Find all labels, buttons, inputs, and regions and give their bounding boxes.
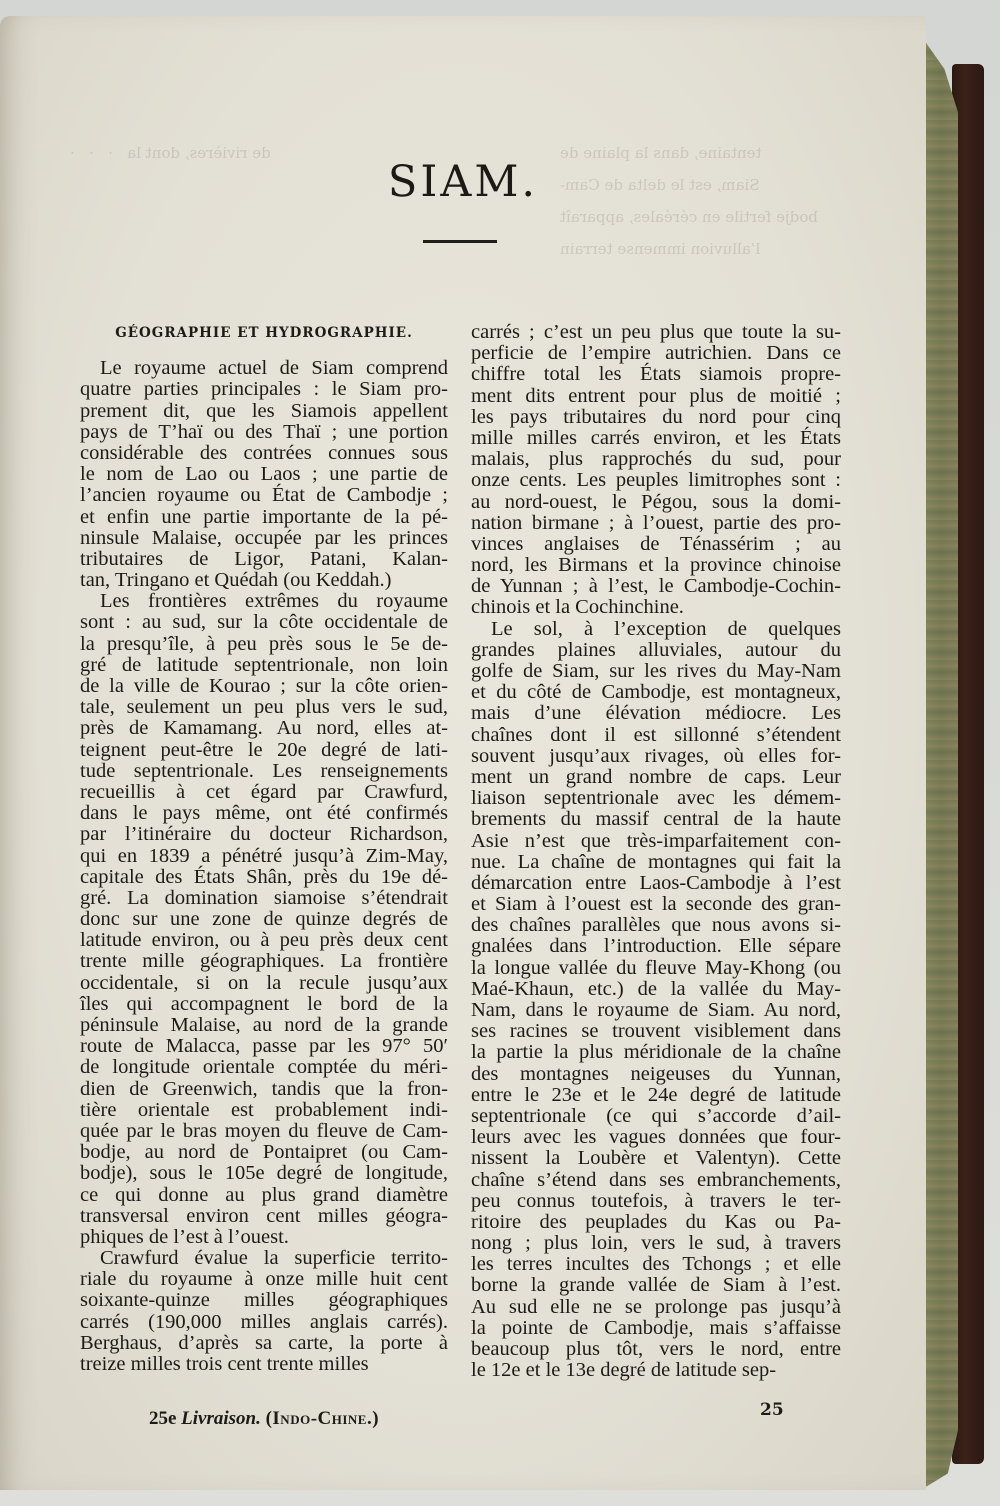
left-column: GÉOGRAPHIE ET HYDROGRAPHIE. Le royaume a… — [80, 322, 448, 1375]
text-line: bodje, au nord de Pontaipret (ou Cam- — [80, 1142, 448, 1163]
text-line: nong ; plus loin, vers le sud, à travers — [471, 1233, 841, 1254]
text-line: vinces anglaises de Ténassérim ; au — [471, 534, 841, 555]
text-line: Les frontières extrêmes du royaume — [80, 591, 448, 612]
text-line: les terres incultes des Tchongs ; et ell… — [471, 1254, 841, 1275]
text-line: grandes plaines alluviales, autour du — [471, 640, 841, 661]
text-line: îles qui accompagnent le bord de la — [80, 994, 448, 1015]
text-line: ment dits entrent pour plus de moitié ; — [471, 386, 841, 407]
text-line: ses racines se trouvent visiblement dans — [471, 1021, 841, 1042]
text-line: Crawfurd évalue la superficie territo- — [80, 1248, 448, 1269]
series-label: (Indo-Chine.) — [266, 1408, 379, 1429]
text-line: liaison septentrionale avec les démem- — [471, 788, 841, 809]
right-column: carrés ; c’est un peu plus que toute la … — [471, 322, 841, 1381]
text-line: ritoire des peuplades du Kas ou Pa- — [471, 1212, 841, 1233]
page-number: 25 — [760, 1400, 784, 1420]
issue-number: 25e — [149, 1408, 176, 1429]
text-line: et Siam à l’ouest est la seconde des gra… — [471, 894, 841, 915]
show-through-text: l’alluvion immense terrain — [560, 240, 760, 258]
text-line: ment un grand nombre de caps. Leur — [471, 767, 841, 788]
page-title: SIAM. — [0, 157, 926, 207]
text-line: septentrionale (ce qui s’accorde d’ail- — [471, 1106, 841, 1127]
text-line: soixante-quinze milles géographiques — [80, 1290, 448, 1311]
text-line: Au sud elle ne se prolonge pas jusqu’à — [471, 1297, 841, 1318]
text-line: nue. La chaîne de montagnes qui fait la — [471, 852, 841, 873]
text-line: démarcation entre Laos-Cambodje à l’est — [471, 873, 841, 894]
text-line: Maé-Khaun, etc.) de la vallée du May- — [471, 979, 841, 1000]
text-line: Le royaume actuel de Siam comprend — [80, 358, 448, 379]
text-line: mais d’une élévation médiocre. Les — [471, 703, 841, 724]
text-line: donc sur une zone de quinze degrés de — [80, 909, 448, 930]
show-through-text: bodje fertile en céréales, apparaît — [560, 208, 818, 226]
text-line: qui en 1839 a pénétré jusqu’à Zim-May, — [80, 846, 448, 867]
text-line: teignent peut-être le 20e degré de lati- — [80, 740, 448, 761]
text-line: onze cents. Les peuples limitrophes sont… — [471, 470, 841, 491]
text-line: tributaires de Ligor, Patani, Kalan- — [80, 549, 448, 570]
text-line: gré de latitude septentrionale, non loin — [80, 655, 448, 676]
text-line: prement dit, que les Siamois appellent — [80, 401, 448, 422]
text-line: dans le pays même, ont été confirmés — [80, 803, 448, 824]
left-column-text: Le royaume actuel de Siam comprendquatre… — [80, 358, 448, 1375]
text-line: la pointe de Cambodje, mais s’affaisse — [471, 1318, 841, 1339]
text-line: perficie de l’empire autrichien. Dans ce — [471, 343, 841, 364]
text-line: latitude environ, ou à peu près deux cen… — [80, 930, 448, 951]
text-line: route de Malacca, passe par les 97° 50′ — [80, 1036, 448, 1057]
text-line: nord, les Birmans et la province chinois… — [471, 555, 841, 576]
text-line: tière orientale est probablement indi- — [80, 1100, 448, 1121]
text-line: chinois et la Cochinchine. — [471, 597, 841, 618]
text-line: phiques de l’est à l’ouest. — [80, 1227, 448, 1248]
text-line: Asie n’est que très-imparfaitement con- — [471, 831, 841, 852]
text-line: Berghaus, d’après sa carte, la porte à — [80, 1333, 448, 1354]
text-line: le nom de Lao ou Laos ; une partie de — [80, 464, 448, 485]
text-line: de Yunnan ; à l’est, le Cambodje-Cochin- — [471, 576, 841, 597]
text-line: sont : au sud, sur la côte occidentale d… — [80, 612, 448, 633]
right-column-text: carrés ; c’est un peu plus que toute la … — [471, 322, 841, 1381]
text-line: de longitude orientale comptée du méri- — [80, 1057, 448, 1078]
text-line: et enfin une partie importante de la pé- — [80, 507, 448, 528]
text-line: peu connus toutefois, à travers le ter- — [471, 1191, 841, 1212]
text-line: pays de T’haï ou des Thaï ; une portion — [80, 422, 448, 443]
text-line: beaucoup plus tôt, vers le nord, entre — [471, 1339, 841, 1360]
text-line: brements du massif central de la haute — [471, 809, 841, 830]
text-line: quée par le bras moyen du fleuve de Cam- — [80, 1121, 448, 1142]
text-line: tude septentrionale. Les renseignements — [80, 761, 448, 782]
text-line: tan, Tringano et Quédah (ou Keddah.) — [80, 570, 448, 591]
text-line: des montagnes neigeuses du Yunnan, — [471, 1064, 841, 1085]
page-edge-stack — [924, 40, 958, 1488]
text-line: carrés (190,000 milles anglais carrés). — [80, 1312, 448, 1333]
text-line: les pays tributaires du nord pour cinq — [471, 407, 841, 428]
text-line: quatre parties principales : le Siam pro… — [80, 379, 448, 400]
text-line: nissent la Loubère et Valentyn). Cette — [471, 1148, 841, 1169]
section-heading: GÉOGRAPHIE ET HYDROGRAPHIE. — [80, 322, 448, 344]
text-line: entre le 23e et le 24e degré de latitude — [471, 1085, 841, 1106]
text-line: ce qui donne au plus grand diamètre — [80, 1185, 448, 1206]
text-line: borne la grande vallée de Siam à l’est. — [471, 1275, 841, 1296]
text-line: gnalées dans l’introduction. Elle sépare — [471, 936, 841, 957]
text-line: golfe de Siam, sur les rives du May-Nam — [471, 661, 841, 682]
text-line: occidentale, si on la recule jusqu’aux — [80, 973, 448, 994]
text-line: tale, seulement un peu plus vers le sud, — [80, 697, 448, 718]
text-line: ninsule Malaise, occupée par les princes — [80, 528, 448, 549]
book-page: de rivières, dont la · · · tentaine, dan… — [0, 16, 926, 1490]
text-line: trente mille géographiques. La frontière — [80, 951, 448, 972]
text-line: riale du royaume à onze mille huit cent — [80, 1269, 448, 1290]
text-line: gré. La domination siamoise s’étendrait — [80, 888, 448, 909]
text-line: chaînes dont il est sillonné s’étendent — [471, 725, 841, 746]
text-line: souvent jusqu’aux rivages, où elles for- — [471, 746, 841, 767]
text-line: malais, plus rapprochés du sud, pour — [471, 449, 841, 470]
issue-label: Livraison. — [181, 1408, 261, 1429]
text-line: considérable des contrées connues sous — [80, 443, 448, 464]
text-line: péninsule Malaise, au nord de la grande — [80, 1015, 448, 1036]
text-line: carrés ; c’est un peu plus que toute la … — [471, 322, 841, 343]
text-line: mille milles carrés environ, et les État… — [471, 428, 841, 449]
text-line: près de Kamamang. Au nord, elles at- — [80, 718, 448, 739]
text-line: la presqu’île, à peu près sous le 5e de- — [80, 634, 448, 655]
text-line: l’ancien royaume ou État de Cambodje ; — [80, 485, 448, 506]
text-line: Le sol, à l’exception de quelques — [471, 619, 841, 640]
text-line: recueillis à cet égard par Crawfurd, — [80, 782, 448, 803]
text-line: leurs avec les vagues données que four- — [471, 1127, 841, 1148]
text-line: de la ville de Kourao ; sur la côte orie… — [80, 676, 448, 697]
text-line: au nord-ouest, le Pégou, sous la domi- — [471, 492, 841, 513]
text-line: transversal environ cent milles géogra- — [80, 1206, 448, 1227]
photo-scene: de rivières, dont la · · · tentaine, dan… — [0, 0, 1000, 1506]
text-line: Nam, dans le royaume de Siam. Au nord, — [471, 1000, 841, 1021]
text-line: bodje), sous le 105e degré de longitude, — [80, 1163, 448, 1184]
issue-footer: 25e Livraison. (Indo-Chine.) — [80, 1408, 448, 1430]
text-line: chaîne s’étend dans ses embranchements, — [471, 1170, 841, 1191]
text-line: la longue vallée du fleuve May-Khong (ou — [471, 958, 841, 979]
text-line: et du côté de Cambodje, est montagneux, — [471, 682, 841, 703]
text-line: chiffre total les États siamois propre- — [471, 364, 841, 385]
text-line: des chaînes parallèles que nous avons si… — [471, 915, 841, 936]
text-line: treize milles trois cent trente milles — [80, 1354, 448, 1375]
title-rule — [423, 240, 497, 243]
text-line: par l’itinéraire du docteur Richardson, — [80, 824, 448, 845]
text-line: la partie la plus méridionale de la chaî… — [471, 1042, 841, 1063]
text-line: le 12e et le 13e degré de latitude sep- — [471, 1360, 841, 1381]
text-line: nation birmane ; à l’ouest, partie des p… — [471, 513, 841, 534]
text-line: dien de Greenwich, tandis que la fron- — [80, 1079, 448, 1100]
text-line: capitale des États Shân, près du 19e dé- — [80, 867, 448, 888]
